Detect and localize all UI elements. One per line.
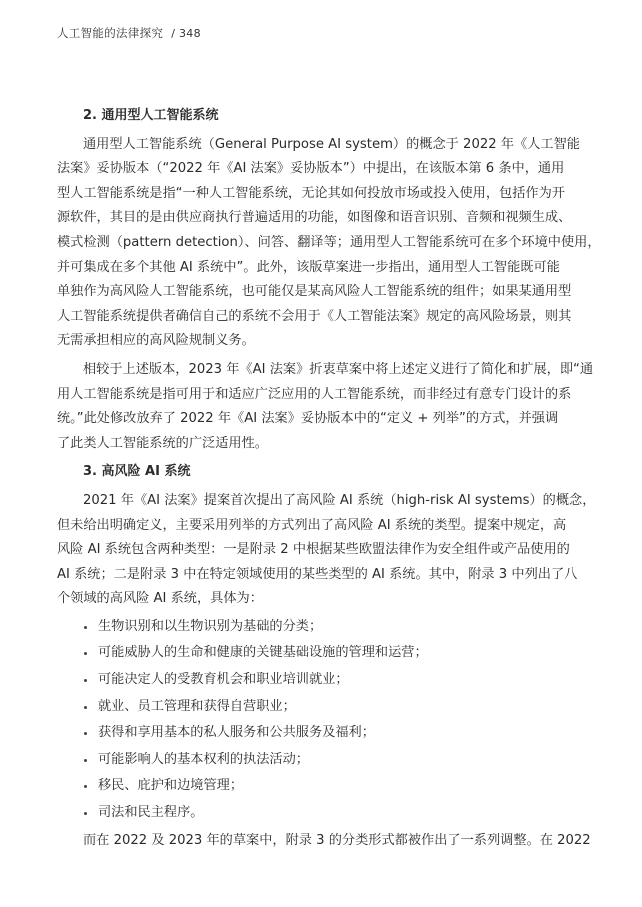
page-number: / 348: [171, 27, 201, 40]
bullet-icon: [84, 732, 87, 735]
bullet-icon: [84, 706, 87, 709]
list-item: 可能影响人的基本权利的执法活动；: [57, 747, 549, 774]
text-line: 法案》妥协版本（“2022 年《AI 法案》妥协版本”）中提出，在该版本第 6 …: [57, 157, 549, 182]
text-line: 相较于上述版本，2023 年《AI 法案》折衷草案中将上述定义进行了简化和扩展，…: [57, 358, 549, 383]
text-line: 了此类人工智能系统的广泛适用性。: [57, 432, 549, 457]
bullet-icon: [84, 679, 87, 682]
list-item: 司法和民主程序。: [57, 800, 549, 827]
bullet-icon: [84, 626, 87, 629]
text-line: 模式检测（pattern detection）、问答、翻译等；通用型人工智能系统…: [57, 231, 549, 256]
text-line: 风险 AI 系统包含两种类型：一是附录 2 中根据某些欧盟法律作为安全组件或产品…: [57, 538, 549, 563]
text-line: 单独作为高风险人工智能系统，也可能仅是某高风险人工智能系统的组件；如果某通用型: [57, 280, 549, 305]
paragraph-2023-revision: 相较于上述版本，2023 年《AI 法案》折衷草案中将上述定义进行了简化和扩展，…: [57, 358, 549, 456]
paragraph-gpai-definition: 通用型人工智能系统（General Purpose AI system）的概念于…: [57, 133, 549, 354]
text-line: 型人工智能系统是指“一种人工智能系统，无论其如何投放市场或投入使用，包括作为开: [57, 182, 549, 207]
text-line: 源软件，其目的是由供应商执行普遍适用的功能，如图像和语音识别、音频和视频生成、: [57, 206, 549, 231]
list-item: 可能威胁人的生命和健康的关键基础设施的管理和运营；: [57, 640, 549, 667]
list-item: 生物识别和以生物识别为基础的分类；: [57, 614, 549, 641]
bullet-icon: [84, 652, 87, 655]
text-line: 个领域的高风险 AI 系统，具体为：: [57, 587, 549, 612]
paragraph-2022-2023-adjustments: 而在 2022 及 2023 年的草案中，附录 3 的分类形式都被作出了一系列调…: [57, 829, 549, 854]
list-item: 获得和享用基本的私人服务和公共服务及福利；: [57, 720, 549, 747]
text-line: 用人工智能系统是指可用于和适应广泛应用的人工智能系统，而非经过有意专门设计的系: [57, 383, 549, 408]
section-heading-general-purpose-ai: 2. 通用型人工智能系统: [57, 104, 549, 129]
book-title: 人工智能的法律探究: [57, 26, 163, 40]
text-line: 人工智能系统提供者确信自己的系统不会用于《人工智能法案》规定的高风险场景，则其: [57, 305, 549, 330]
high-risk-areas-list: 生物识别和以生物识别为基础的分类； 可能威胁人的生命和健康的关键基础设施的管理和…: [57, 614, 549, 827]
bullet-icon: [84, 785, 87, 788]
text-line: 而在 2022 及 2023 年的草案中，附录 3 的分类形式都被作出了一系列调…: [57, 829, 549, 854]
running-head: 人工智能的法律探究/ 348: [57, 25, 201, 41]
text-line: 统。”此处修改放弃了 2022 年《AI 法案》妥协版本中的“定义 + 列举”的…: [57, 407, 549, 432]
list-item: 就业、员工管理和获得自营职业；: [57, 694, 549, 721]
bullet-icon: [84, 812, 87, 815]
section-heading-high-risk-ai: 3. 高风险 AI 系统: [57, 460, 549, 485]
text-line: 2021 年《AI 法案》提案首次提出了高风险 AI 系统（high-risk …: [57, 489, 549, 514]
text-line: AI 系统；二是附录 3 中在特定领域使用的某些类型的 AI 系统。其中，附录 …: [57, 563, 549, 588]
list-item: 移民、庇护和边境管理；: [57, 773, 549, 800]
text-line: 无需承担相应的高风险规制义务。: [57, 329, 549, 354]
page-body: 2. 通用型人工智能系统 通用型人工智能系统（General Purpose A…: [57, 104, 549, 853]
text-line: 但未给出明确定义，主要采用列举的方式列出了高风险 AI 系统的类型。提案中规定，…: [57, 514, 549, 539]
list-item: 可能决定人的受教育机会和职业培训就业；: [57, 667, 549, 694]
bullet-icon: [84, 759, 87, 762]
text-line: 通用型人工智能系统（General Purpose AI system）的概念于…: [57, 133, 549, 158]
paragraph-high-risk-intro: 2021 年《AI 法案》提案首次提出了高风险 AI 系统（high-risk …: [57, 489, 549, 612]
text-line: 并可集成在多个其他 AI 系统中”。此外，该版草案进一步指出，通用型人工智能既可…: [57, 256, 549, 281]
